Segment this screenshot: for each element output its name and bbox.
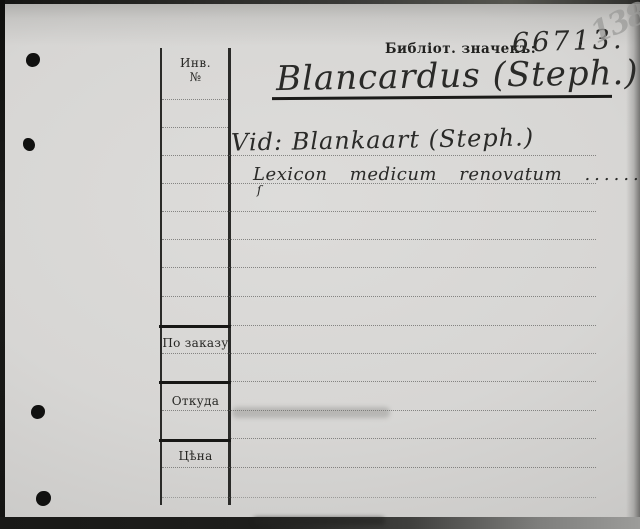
erased-pencil-smudge <box>232 407 390 418</box>
card-heading: Blancardus (Steph.) <box>276 53 639 99</box>
ruled-line <box>162 239 596 240</box>
correction-mark: ſ <box>257 183 261 197</box>
ruled-line <box>231 438 596 439</box>
section-separator-line <box>159 325 231 328</box>
ruled-line <box>162 211 596 212</box>
ruled-line <box>162 467 596 468</box>
column-left-border <box>160 48 162 505</box>
section-separator-line <box>159 381 231 384</box>
hole-punch-dot <box>26 53 40 67</box>
title-text: Lexicon medicum renovatum <box>253 164 562 185</box>
title-trailing-dots: .......... <box>584 164 640 185</box>
scan-edge-top <box>0 0 640 4</box>
hole-punch-dot <box>23 138 35 151</box>
hole-punch-dot <box>31 405 45 419</box>
ruled-line <box>162 497 596 498</box>
inventory-label-line2: № <box>162 70 229 84</box>
ruled-line <box>162 353 596 354</box>
origin-label: Откуда <box>162 394 229 408</box>
reference-line: Vid: Blankaart (Steph.) <box>231 123 535 156</box>
ruled-line <box>162 296 596 297</box>
ruled-line <box>162 99 228 100</box>
scan-edge-left <box>0 0 5 529</box>
section-separator-line <box>159 439 231 442</box>
ruled-line <box>162 127 228 128</box>
order-label: По заказу <box>162 336 229 350</box>
column-right-border <box>228 48 231 505</box>
library-catalog-card-scan: Инв. № По заказу Откуда Цѣна Библіот. зн… <box>0 0 640 529</box>
ruled-line <box>162 155 596 156</box>
price-label: Цѣна <box>162 449 229 463</box>
ruled-line <box>162 267 596 268</box>
ruled-line <box>231 325 596 326</box>
inventory-label-line1: Инв. <box>162 56 229 70</box>
bottom-edge-smudge <box>253 517 385 525</box>
inventory-number-label: Инв. № <box>162 56 229 84</box>
hole-punch-dot <box>36 491 51 506</box>
ruled-line <box>231 381 596 382</box>
title-line: Lexicon medicum renovatum .......... <box>253 164 640 185</box>
